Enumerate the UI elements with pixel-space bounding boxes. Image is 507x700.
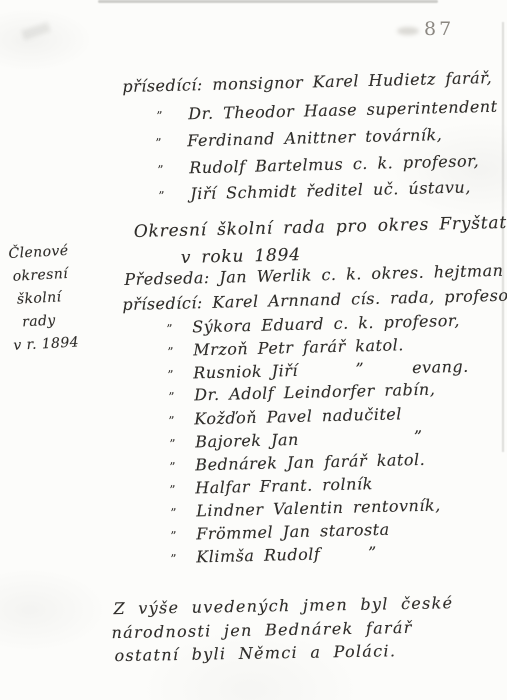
page-number: 87 bbox=[424, 18, 454, 40]
scan-artifact-top bbox=[98, 0, 438, 3]
closing-note-line: ostatní byli Němci a Poláci. bbox=[64, 621, 396, 687]
line-text: Klimša Rudolf ” bbox=[196, 543, 377, 566]
margin-note-line: v r. 1894 bbox=[13, 331, 80, 357]
margin-note: Členové okresní školní rady v r. 1894 bbox=[8, 240, 80, 358]
page-number-smudge bbox=[397, 27, 419, 35]
margin-note-line: školní bbox=[16, 286, 77, 312]
margin-note-line: Členové bbox=[8, 240, 75, 266]
line-text: ostatní byli Němci a Poláci. bbox=[114, 641, 396, 665]
manuscript-page: 87 Členové okresní školní rady v r. 1894… bbox=[0, 0, 507, 700]
scan-smudge-topleft bbox=[21, 22, 51, 40]
margin-note-line: okresní bbox=[12, 263, 76, 289]
margin-note-line: rady bbox=[22, 308, 79, 334]
ditto-mark: ” bbox=[170, 548, 196, 569]
